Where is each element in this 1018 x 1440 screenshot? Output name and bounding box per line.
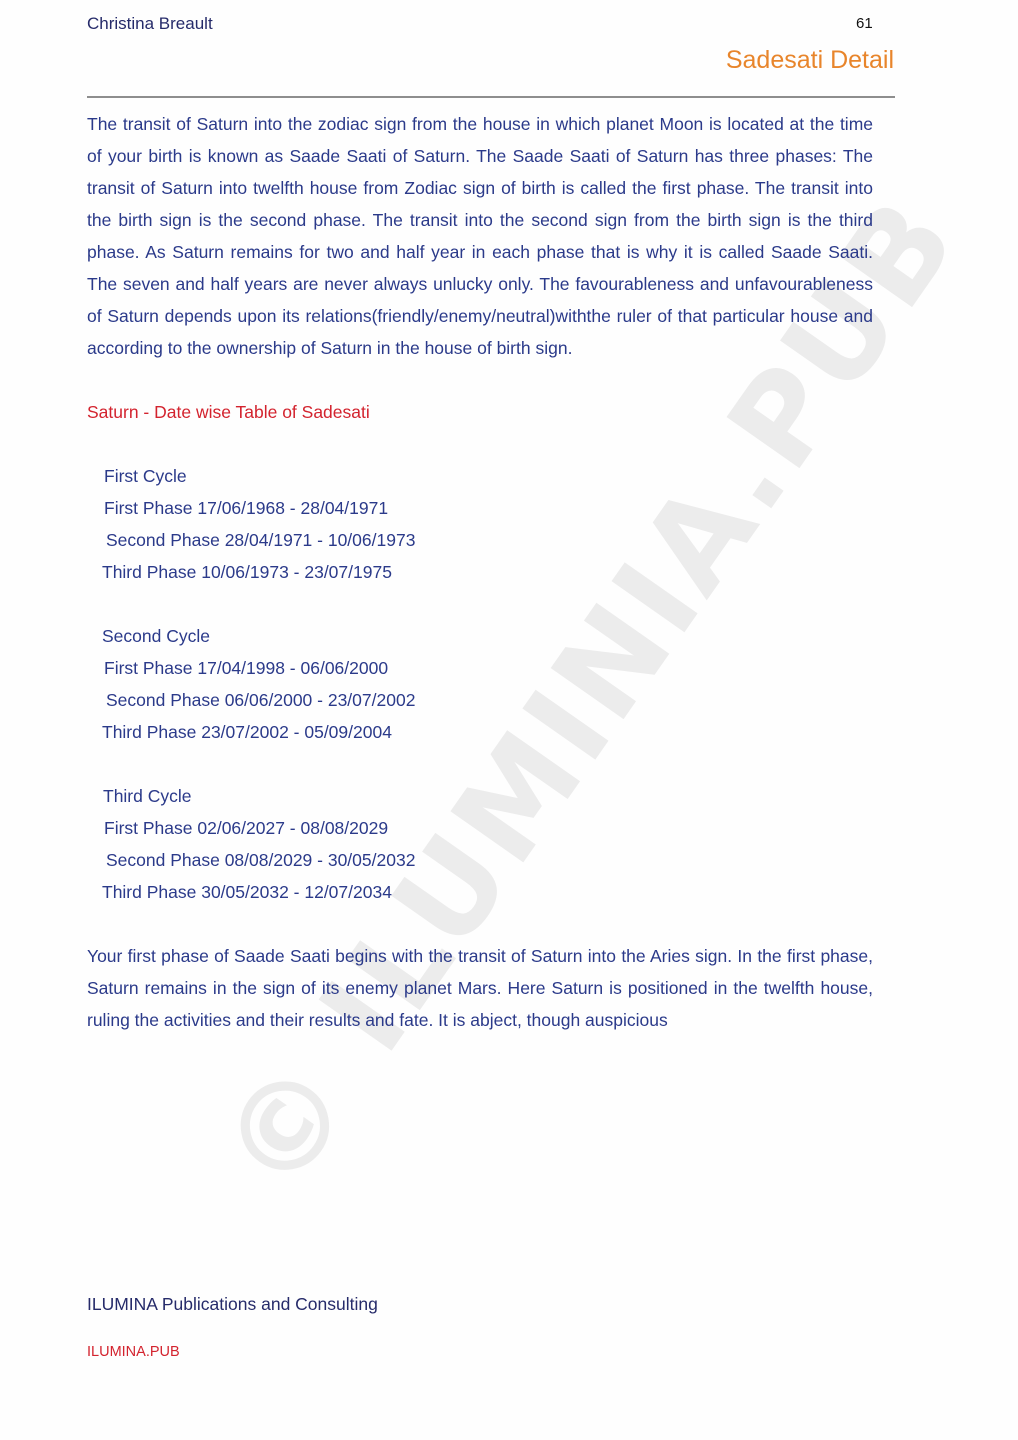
phase-row: First Phase 02/06/2027 - 08/08/2029 <box>87 812 873 844</box>
document-page: © ILUMINIA.PUB Christina Breault 61 Sade… <box>0 0 1018 1440</box>
phase-row: First Phase 17/04/1998 - 06/06/2000 <box>87 652 873 684</box>
footer-site-link[interactable]: ILUMINA.PUB <box>87 1344 180 1360</box>
phase-row: Third Phase 30/05/2032 - 12/07/2034 <box>87 876 873 908</box>
cycle-title: Second Cycle <box>87 620 873 652</box>
page-number: 61 <box>856 15 873 32</box>
phase-row: Second Phase 08/08/2029 - 30/05/2032 <box>87 844 873 876</box>
phase-row: Second Phase 28/04/1971 - 10/06/1973 <box>87 524 873 556</box>
cycle-block-second: Second Cycle First Phase 17/04/1998 - 06… <box>87 620 873 748</box>
header-divider <box>87 96 895 98</box>
page-content: The transit of Saturn into the zodiac si… <box>87 108 873 1036</box>
closing-paragraph: Your first phase of Saade Saati begins w… <box>87 940 873 1036</box>
cycle-title: Third Cycle <box>87 780 873 812</box>
phase-row: First Phase 17/06/1968 - 28/04/1971 <box>87 492 873 524</box>
phase-row: Third Phase 10/06/1973 - 23/07/1975 <box>87 556 873 588</box>
footer-company: ILUMINA Publications and Consulting <box>87 1294 378 1315</box>
cycle-block-third: Third Cycle First Phase 02/06/2027 - 08/… <box>87 780 873 908</box>
phase-row: Second Phase 06/06/2000 - 23/07/2002 <box>87 684 873 716</box>
phase-row: Third Phase 23/07/2002 - 05/09/2004 <box>87 716 873 748</box>
cycle-block-first: First Cycle First Phase 17/06/1968 - 28/… <box>87 460 873 588</box>
table-heading: Saturn - Date wise Table of Sadesati <box>87 396 873 428</box>
header-author: Christina Breault <box>87 14 213 34</box>
intro-paragraph: The transit of Saturn into the zodiac si… <box>87 108 873 364</box>
cycle-title: First Cycle <box>87 460 873 492</box>
section-title: Sadesati Detail <box>726 46 894 75</box>
